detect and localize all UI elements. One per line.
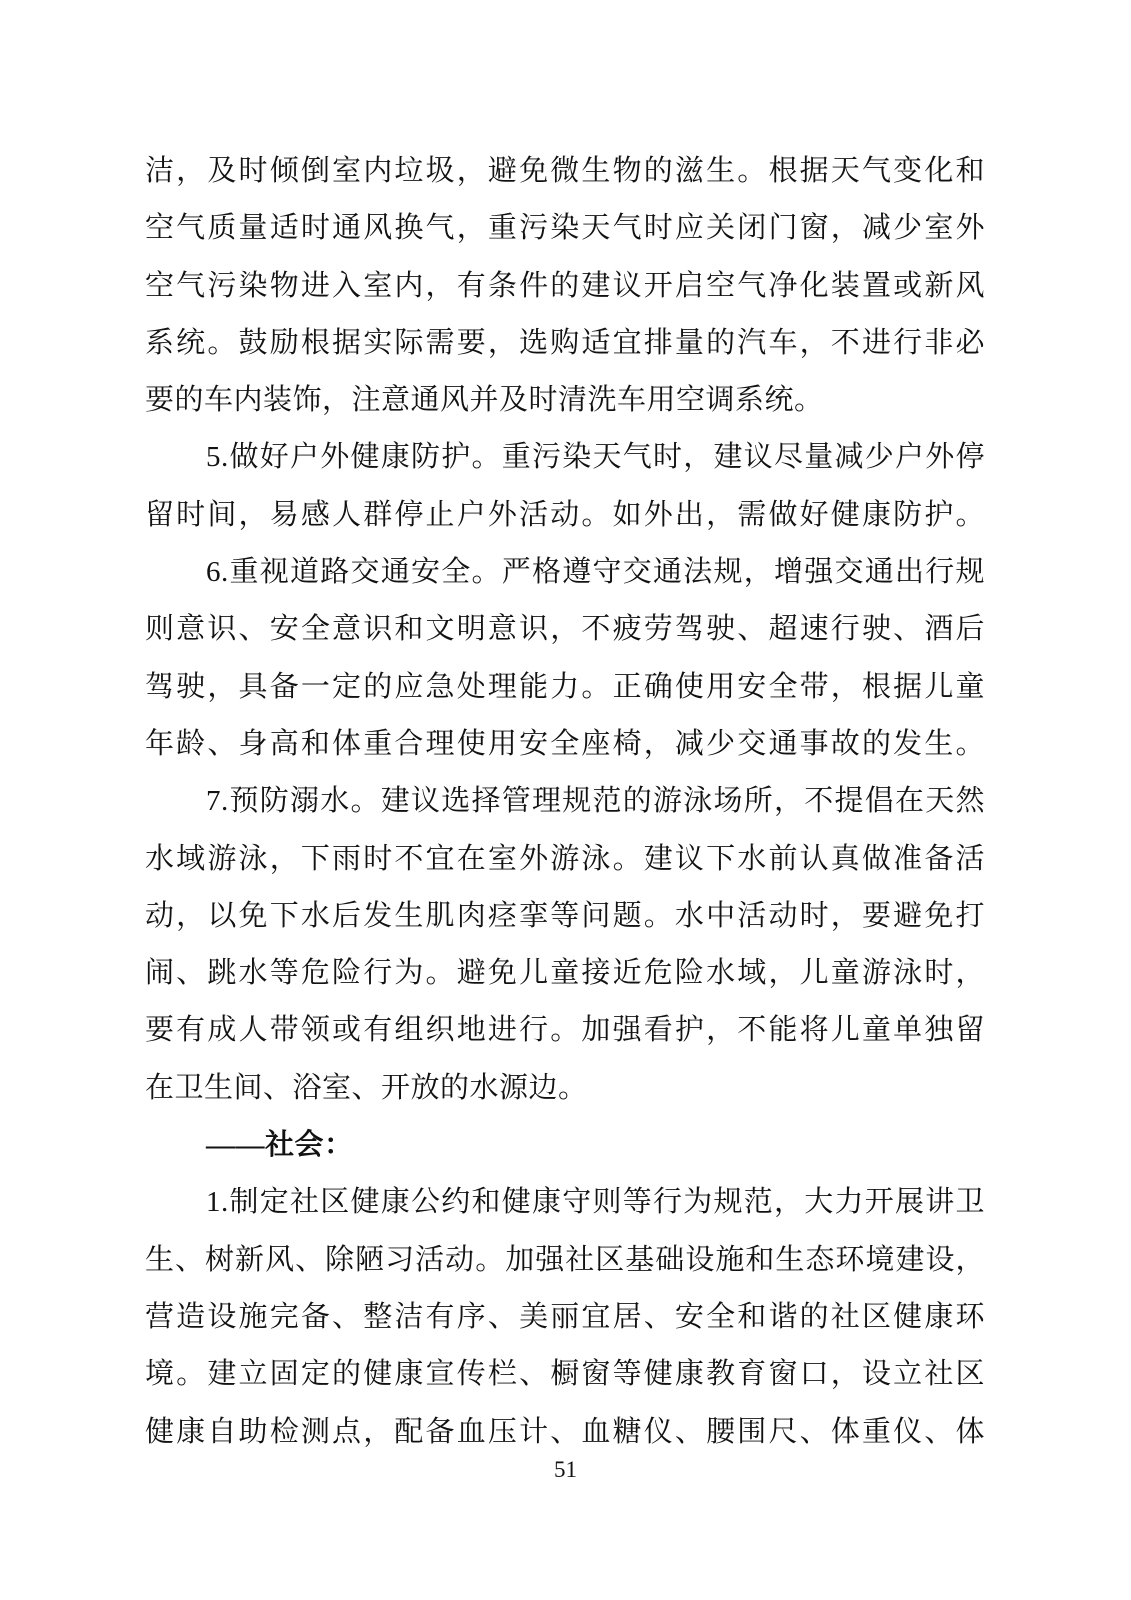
page-number: 51	[0, 1455, 1131, 1485]
text-line: 闹、跳水等危险行为。避免儿童接近危险水域，儿童游泳时，	[145, 945, 985, 1002]
text-line: 空气污染物进入室内，有条件的建议开启空气净化装置或新风	[145, 258, 985, 315]
text-line: 系统。鼓励根据实际需要，选购适宜排量的汽车，不进行非必	[145, 315, 985, 372]
text-line: 要的车内装饰，注意通风并及时清洗车用空调系统。	[145, 372, 985, 429]
document-page: 洁，及时倾倒室内垃圾，避免微生物的滋生。根据天气变化和空气质量适时通风换气，重污…	[0, 0, 1131, 1600]
text-line: 要有成人带领或有组织地进行。加强看护，不能将儿童单独留	[145, 1002, 985, 1059]
text-line: 生、树新风、除陋习活动。加强社区基础设施和生态环境建设，	[145, 1232, 985, 1289]
text-line: 营造设施完备、整洁有序、美丽宜居、安全和谐的社区健康环	[145, 1289, 985, 1346]
text-block: 洁，及时倾倒室内垃圾，避免微生物的滋生。根据天气变化和空气质量适时通风换气，重污…	[145, 143, 985, 1461]
text-line: 1.制定社区健康公约和健康守则等行为规范，大力开展讲卫	[145, 1174, 985, 1231]
text-line: 水域游泳，下雨时不宜在室外游泳。建议下水前认真做准备活	[145, 831, 985, 888]
text-line: 境。建立固定的健康宣传栏、橱窗等健康教育窗口，设立社区	[145, 1346, 985, 1403]
text-line: 7.预防溺水。建议选择管理规范的游泳场所，不提倡在天然	[145, 773, 985, 830]
text-line: 5.做好户外健康防护。重污染天气时，建议尽量减少户外停	[145, 429, 985, 486]
section-heading: ——社会：	[145, 1117, 985, 1174]
text-line: 空气质量适时通风换气，重污染天气时应关闭门窗，减少室外	[145, 200, 985, 257]
text-line: 驾驶，具备一定的应急处理能力。正确使用安全带，根据儿童	[145, 659, 985, 716]
text-line: 动，以免下水后发生肌肉痉挛等问题。水中活动时，要避免打	[145, 888, 985, 945]
text-line: 6.重视道路交通安全。严格遵守交通法规，增强交通出行规	[145, 544, 985, 601]
text-line: 健康自助检测点，配备血压计、血糖仪、腰围尺、体重仪、体	[145, 1404, 985, 1461]
text-line: 则意识、安全意识和文明意识，不疲劳驾驶、超速行驶、酒后	[145, 601, 985, 658]
text-line: 洁，及时倾倒室内垃圾，避免微生物的滋生。根据天气变化和	[145, 143, 985, 200]
text-line: 在卫生间、浴室、开放的水源边。	[145, 1060, 985, 1117]
text-line: 留时间，易感人群停止户外活动。如外出，需做好健康防护。	[145, 487, 985, 544]
text-line: 年龄、身高和体重合理使用安全座椅，减少交通事故的发生。	[145, 716, 985, 773]
